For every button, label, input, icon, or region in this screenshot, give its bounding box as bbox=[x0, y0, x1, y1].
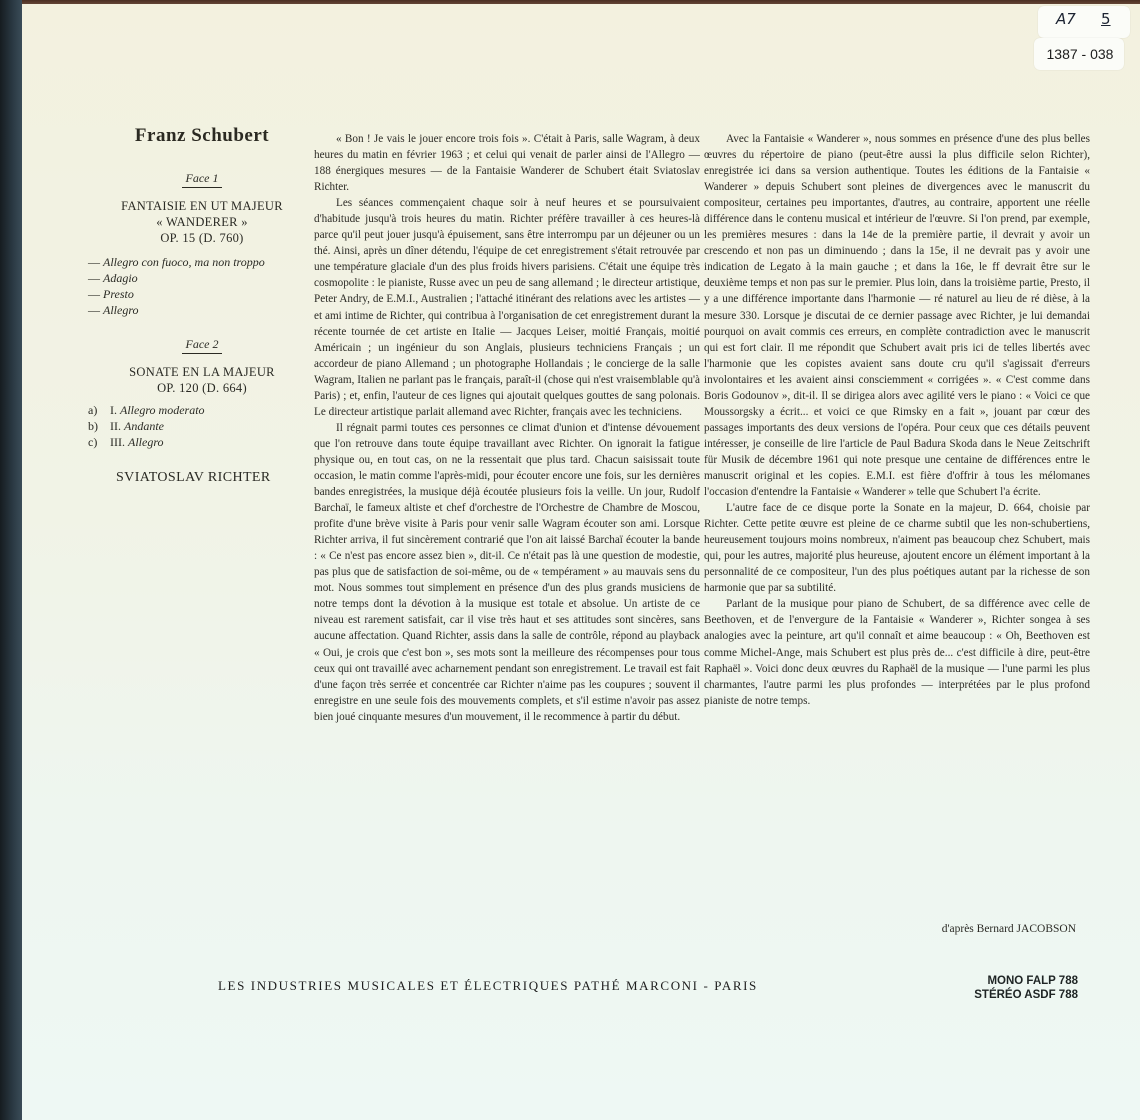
tracklist-column: Franz Schubert Face 1 FANTAISIE EN UT MA… bbox=[88, 128, 316, 486]
liner-paragraph: Il régnait parmi toutes ces personnes ce… bbox=[314, 420, 700, 725]
author-signature: d'après Bernard JACOBSON bbox=[880, 923, 1076, 935]
movement-item: — Allegro con fuoco, ma non troppo bbox=[88, 254, 316, 270]
liner-paragraph: Les séances commençaient chaque soir à n… bbox=[314, 195, 700, 420]
face-1-label: Face 1 bbox=[88, 170, 316, 188]
stereo-catalog-code: STÉRÉO ASDF 788 bbox=[958, 988, 1078, 1002]
movement-item: b)II. Andante bbox=[88, 418, 316, 434]
movement-item: — Allegro bbox=[88, 302, 316, 318]
liner-notes-column-1: « Bon ! Je vais le jouer encore trois fo… bbox=[314, 131, 700, 725]
face-2-movements: a)I. Allegro moderato b)II. Andante c)II… bbox=[88, 402, 316, 450]
performer-name: SVIATOSLAV RICHTER bbox=[88, 470, 316, 486]
handwritten-sticker bbox=[1038, 6, 1130, 38]
sleeve-spine-edge bbox=[0, 0, 22, 1120]
movement-item: — Adagio bbox=[88, 270, 316, 286]
catalog-codes: MONO FALP 788 STÉRÉO ASDF 788 bbox=[958, 974, 1078, 1002]
face-1-movements: — Allegro con fuoco, ma non troppo — Ada… bbox=[88, 254, 316, 318]
face-1-subtitle: « WANDERER » bbox=[88, 214, 316, 230]
face-2-title: SONATE EN LA MAJEUR bbox=[88, 364, 316, 380]
publisher-line: LES INDUSTRIES MUSICALES ET ÉLECTRIQUES … bbox=[218, 978, 878, 994]
handwritten-note-left: A7 bbox=[1056, 10, 1076, 28]
liner-paragraph: L'autre face de ce disque porte la Sonat… bbox=[704, 500, 1090, 596]
face-2-opus: OP. 120 (D. 664) bbox=[88, 380, 316, 396]
liner-notes-column-2: Avec la Fantaisie « Wanderer », nous som… bbox=[704, 131, 1090, 709]
liner-paragraph: Parlant de la musique pour piano de Schu… bbox=[704, 596, 1090, 708]
face-1-opus: OP. 15 (D. 760) bbox=[88, 230, 316, 246]
movement-item: a)I. Allegro moderato bbox=[88, 402, 316, 418]
handwritten-note-right: 5 bbox=[1101, 10, 1111, 28]
face-1-title: FANTAISIE EN UT MAJEUR bbox=[88, 198, 316, 214]
liner-paragraph: Avec la Fantaisie « Wanderer », nous som… bbox=[704, 131, 1090, 500]
liner-paragraph: « Bon ! Je vais le jouer encore trois fo… bbox=[314, 131, 700, 195]
composer-name: Franz Schubert bbox=[88, 128, 316, 144]
face-2-label: Face 2 bbox=[88, 336, 316, 354]
sticker-catalog-number: 1387 - 038 bbox=[1038, 46, 1122, 62]
movement-item: c)III. Allegro bbox=[88, 434, 316, 450]
movement-item: — Presto bbox=[88, 286, 316, 302]
mono-catalog-code: MONO FALP 788 bbox=[958, 974, 1078, 988]
